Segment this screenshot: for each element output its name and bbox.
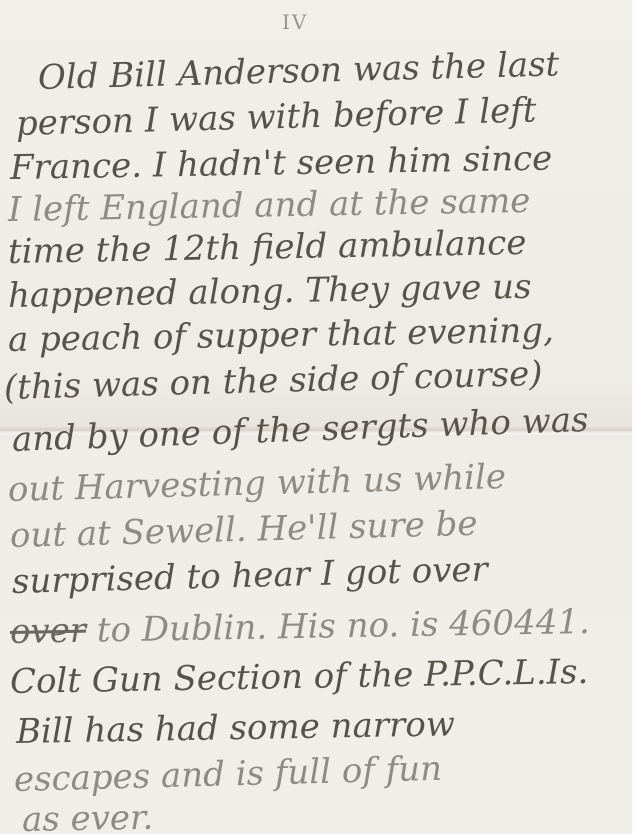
handwritten-line: happened along. They gave us: [8, 267, 532, 316]
line-text: surprised to hear I got over: [11, 550, 488, 602]
handwritten-line: time the 12th field ambulance: [8, 223, 527, 272]
handwritten-line: I left England and at the same: [8, 181, 531, 230]
line-text: out Harvesting with us while: [7, 457, 506, 510]
struck-word: over: [10, 611, 87, 652]
line-text: Colt Gun Section of the P.P.C.L.Is.: [10, 652, 589, 702]
line-text: to Dublin. His no. is 460441.: [86, 602, 590, 651]
handwritten-line: Bill has had some narrow: [16, 704, 456, 752]
handwritten-line: person I was with before I left: [15, 90, 536, 144]
handwritten-line: escapes and is full of fun: [13, 749, 442, 800]
line-text: (this was on the side of course): [3, 354, 542, 408]
line-text: time the 12th field ambulance: [8, 223, 527, 272]
handwritten-line: as ever.: [22, 798, 154, 834]
line-text: escapes and is full of fun: [13, 749, 442, 800]
line-text: Old Bill Anderson was the last: [37, 44, 559, 98]
handwritten-line: Colt Gun Section of the P.P.C.L.Is.: [10, 652, 589, 702]
letter-page: IV Old Bill Anderson was the last person…: [0, 0, 632, 834]
handwritten-line: over to Dublin. His no. is 460441.: [10, 602, 591, 652]
handwritten-line: out at Sewell. He'll sure be: [9, 504, 478, 556]
line-text: person I was with before I left: [15, 90, 536, 144]
handwritten-line: a peach of supper that evening,: [8, 310, 555, 360]
line-text: as ever.: [22, 798, 154, 834]
line-text: Bill has had some narrow: [16, 704, 456, 752]
handwritten-line: out Harvesting with us while: [7, 457, 506, 510]
line-text: out at Sewell. He'll sure be: [9, 504, 478, 556]
handwritten-line: and by one of the sergts who was: [11, 400, 589, 460]
handwritten-line: (this was on the side of course): [3, 354, 542, 408]
handwritten-line: France. I hadn't seen him since: [10, 139, 553, 188]
line-text: a peach of supper that evening,: [8, 310, 555, 360]
page-number: IV: [282, 10, 308, 34]
line-text: France. I hadn't seen him since: [10, 139, 553, 188]
line-text: and by one of the sergts who was: [11, 400, 589, 460]
line-text: happened along. They gave us: [8, 267, 532, 316]
handwritten-line: Old Bill Anderson was the last: [37, 44, 559, 98]
handwritten-line: surprised to hear I got over: [11, 550, 488, 602]
line-text: I left England and at the same: [8, 181, 531, 230]
